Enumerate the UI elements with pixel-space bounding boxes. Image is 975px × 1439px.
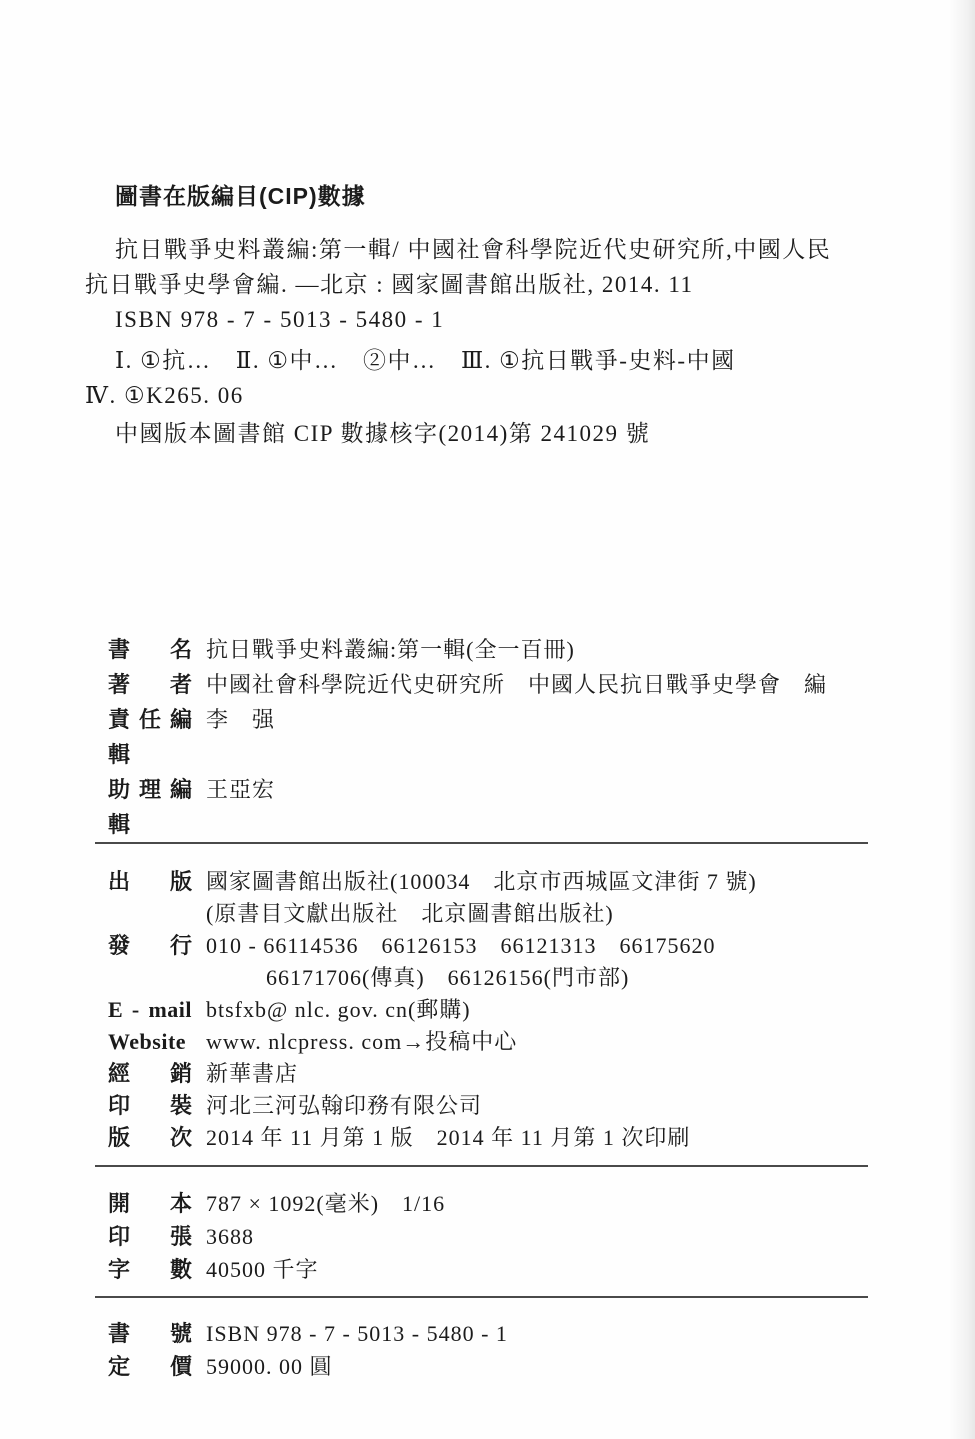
row-value: 40500 千字 xyxy=(206,1253,319,1286)
cip-classification: Ⅰ. ①抗… Ⅱ. ①中… ②中… Ⅲ. ①抗日戰爭-史料-中國 Ⅳ. ①K26… xyxy=(85,343,873,413)
row-label: 書號 xyxy=(108,1317,192,1350)
row-value: 李 强 xyxy=(206,702,275,737)
cip-description-line-1: 抗日戰爭史料叢編:第一輯/ 中國社會科學院近代史研究所,中國人民 xyxy=(85,232,873,267)
row-publisher: 出版 國家圖書館出版社(100034 北京市西城區文津街 7 號) xyxy=(95,866,868,898)
row-value: 河北三河弘翰印務有限公司 xyxy=(206,1090,482,1122)
row-value: 3688 xyxy=(206,1220,254,1253)
row-label: 開本 xyxy=(108,1187,192,1220)
row-assistant-editor: 助理編輯 王亞宏 xyxy=(95,772,868,842)
cip-registration-number: 中國版本圖書館 CIP 數據核字(2014)第 241029 號 xyxy=(85,416,873,451)
row-value: 010 - 66114536 66126153 66121313 6617562… xyxy=(206,930,716,962)
divider xyxy=(95,842,868,844)
row-label: Website xyxy=(108,1026,192,1058)
page-content: 圖書在版編目(CIP)數據 抗日戰爭史料叢編:第一輯/ 中國社會科學院近代史研究… xyxy=(85,0,873,1383)
colophon-section-publication: 出版 國家圖書館出版社(100034 北京市西城區文津街 7 號) (原書目文獻… xyxy=(95,866,868,1154)
row-value: 59000. 00 圓 xyxy=(206,1350,333,1383)
row-label: 出版 xyxy=(108,866,192,898)
row-printer: 印裝 河北三河弘翰印務有限公司 xyxy=(95,1090,868,1122)
cip-classification-line-2: Ⅳ. ①K265. 06 xyxy=(85,378,873,413)
row-label: 助理編輯 xyxy=(108,772,192,842)
row-value: 王亞宏 xyxy=(206,772,275,807)
scan-edge-shadow xyxy=(949,0,975,1439)
row-label: 版次 xyxy=(108,1122,192,1154)
row-distribution-fax: 66171706(傳真) 66126156(門市部) xyxy=(95,962,868,994)
row-label: 印裝 xyxy=(108,1090,192,1122)
row-label: 責任編輯 xyxy=(108,702,192,772)
row-email: E - mail btsfxb@ nlc. gov. cn(郵購) xyxy=(95,994,868,1026)
row-value: btsfxb@ nlc. gov. cn(郵購) xyxy=(206,994,471,1026)
row-printed-sheets: 印張 3688 xyxy=(95,1220,868,1253)
cip-heading: 圖書在版編目(CIP)數據 xyxy=(85,181,873,211)
row-value: 中國社會科學院近代史研究所 中國人民抗日戰爭史學會 編 xyxy=(206,667,827,702)
colophon-section-isbn-price: 書號 ISBN 978 - 7 - 5013 - 5480 - 1 定價 590… xyxy=(95,1317,868,1383)
row-value: (原書目文獻出版社 北京圖書館出版社) xyxy=(206,898,614,930)
row-word-count: 字數 40500 千字 xyxy=(95,1253,868,1286)
row-value: 新華書店 xyxy=(206,1058,298,1090)
row-distributor: 經銷 新華書店 xyxy=(95,1058,868,1090)
divider xyxy=(95,1165,868,1167)
row-label: 字數 xyxy=(108,1253,192,1286)
row-value: 國家圖書館出版社(100034 北京市西城區文津街 7 號) xyxy=(206,866,757,898)
row-value: 787 × 1092(毫米) 1/16 xyxy=(206,1187,445,1220)
colophon-section-format: 開本 787 × 1092(毫米) 1/16 印張 3688 字數 40500 … xyxy=(95,1187,868,1286)
row-value: ISBN 978 - 7 - 5013 - 5480 - 1 xyxy=(206,1317,508,1350)
cip-description: 抗日戰爭史料叢編:第一輯/ 中國社會科學院近代史研究所,中國人民 抗日戰爭史學會… xyxy=(85,232,873,337)
row-label: 發行 xyxy=(108,930,192,962)
row-value: 66171706(傳真) 66126156(門市部) xyxy=(266,962,629,994)
row-website: Website www. nlcpress. com→投稿中心 xyxy=(95,1026,868,1058)
divider xyxy=(95,1296,868,1298)
row-isbn: 書號 ISBN 978 - 7 - 5013 - 5480 - 1 xyxy=(95,1317,868,1350)
row-publisher-former-names: (原書目文獻出版社 北京圖書館出版社) xyxy=(95,898,868,930)
cip-block: 圖書在版編目(CIP)數據 抗日戰爭史料叢編:第一輯/ 中國社會科學院近代史研究… xyxy=(85,181,873,451)
cip-isbn-line: ISBN 978 - 7 - 5013 - 5480 - 1 xyxy=(85,302,873,337)
row-author: 著者 中國社會科學院近代史研究所 中國人民抗日戰爭史學會 編 xyxy=(95,667,868,702)
row-format: 開本 787 × 1092(毫米) 1/16 xyxy=(95,1187,868,1220)
cip-description-line-2: 抗日戰爭史學會編. —北京 : 國家圖書館出版社, 2014. 11 xyxy=(85,267,873,302)
row-label: 定價 xyxy=(108,1350,192,1383)
row-label: E - mail xyxy=(108,994,192,1026)
row-price: 定價 59000. 00 圓 xyxy=(95,1350,868,1383)
cip-classification-line-1: Ⅰ. ①抗… Ⅱ. ①中… ②中… Ⅲ. ①抗日戰爭-史料-中國 xyxy=(85,343,873,378)
row-value: 抗日戰爭史料叢編:第一輯(全一百冊) xyxy=(206,632,575,667)
colophon-section-title-editors: 書名 抗日戰爭史料叢編:第一輯(全一百冊) 著者 中國社會科學院近代史研究所 中… xyxy=(95,632,868,842)
row-label: 書名 xyxy=(108,632,192,667)
row-value: www. nlcpress. com→投稿中心 xyxy=(206,1026,517,1058)
row-distribution-phones: 發行 010 - 66114536 66126153 66121313 6617… xyxy=(95,930,868,962)
colophon-block: 書名 抗日戰爭史料叢編:第一輯(全一百冊) 著者 中國社會科學院近代史研究所 中… xyxy=(95,632,868,1383)
row-chief-editor: 責任編輯 李 强 xyxy=(95,702,868,772)
row-edition: 版次 2014 年 11 月第 1 版 2014 年 11 月第 1 次印刷 xyxy=(95,1122,868,1154)
row-value: 2014 年 11 月第 1 版 2014 年 11 月第 1 次印刷 xyxy=(206,1122,690,1154)
row-label: 印張 xyxy=(108,1220,192,1253)
copyright-page: 圖書在版編目(CIP)數據 抗日戰爭史料叢編:第一輯/ 中國社會科學院近代史研究… xyxy=(0,0,975,1439)
row-label: 著者 xyxy=(108,667,192,702)
row-label: 經銷 xyxy=(108,1058,192,1090)
row-book-title: 書名 抗日戰爭史料叢編:第一輯(全一百冊) xyxy=(95,632,868,667)
